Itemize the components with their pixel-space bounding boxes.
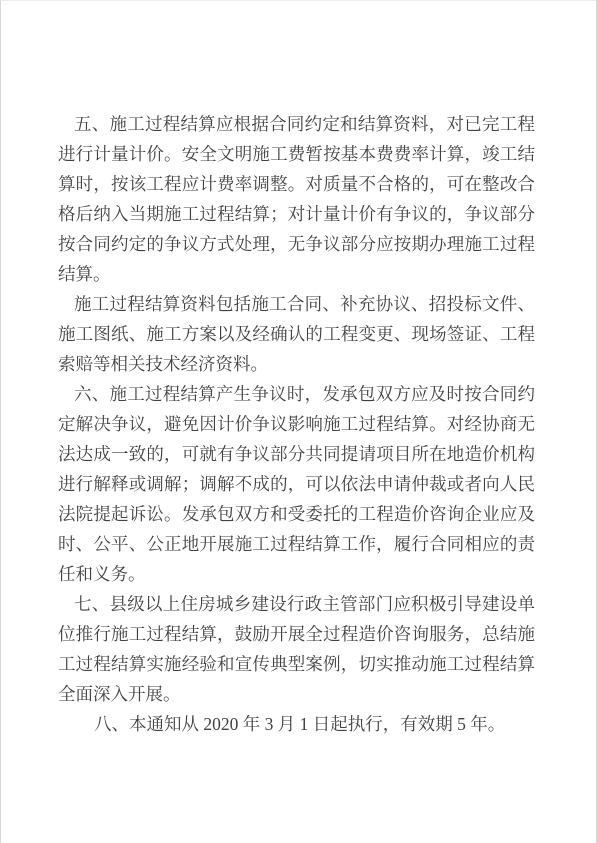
paragraph-clause-7: 七、县级以上住房城乡建设行政主管部门应积极引导建设单位推行施工过程结算，鼓励开展…	[58, 589, 535, 709]
paragraph-clause-5-note: 施工过程结算资料包括施工合同、补充协议、招投标文件、施工图纸、施工方案以及经确认…	[58, 289, 535, 379]
paragraph-clause-5: 五、施工过程结算应根据合同约定和结算资料，对已完工程进行计量计价。安全文明施工费…	[58, 109, 535, 289]
paragraph-clause-6: 六、施工过程结算产生争议时，发承包双方应及时按合同约定解决争议，避免因计价争议影…	[58, 379, 535, 589]
document-body: 五、施工过程结算应根据合同约定和结算资料，对已完工程进行计量计价。安全文明施工费…	[58, 109, 535, 739]
document-page: 五、施工过程结算应根据合同约定和结算资料，对已完工程进行计量计价。安全文明施工费…	[0, 0, 597, 843]
paragraph-clause-8: 八、本通知从 2020 年 3 月 1 日起执行，有效期 5 年。	[58, 709, 535, 739]
